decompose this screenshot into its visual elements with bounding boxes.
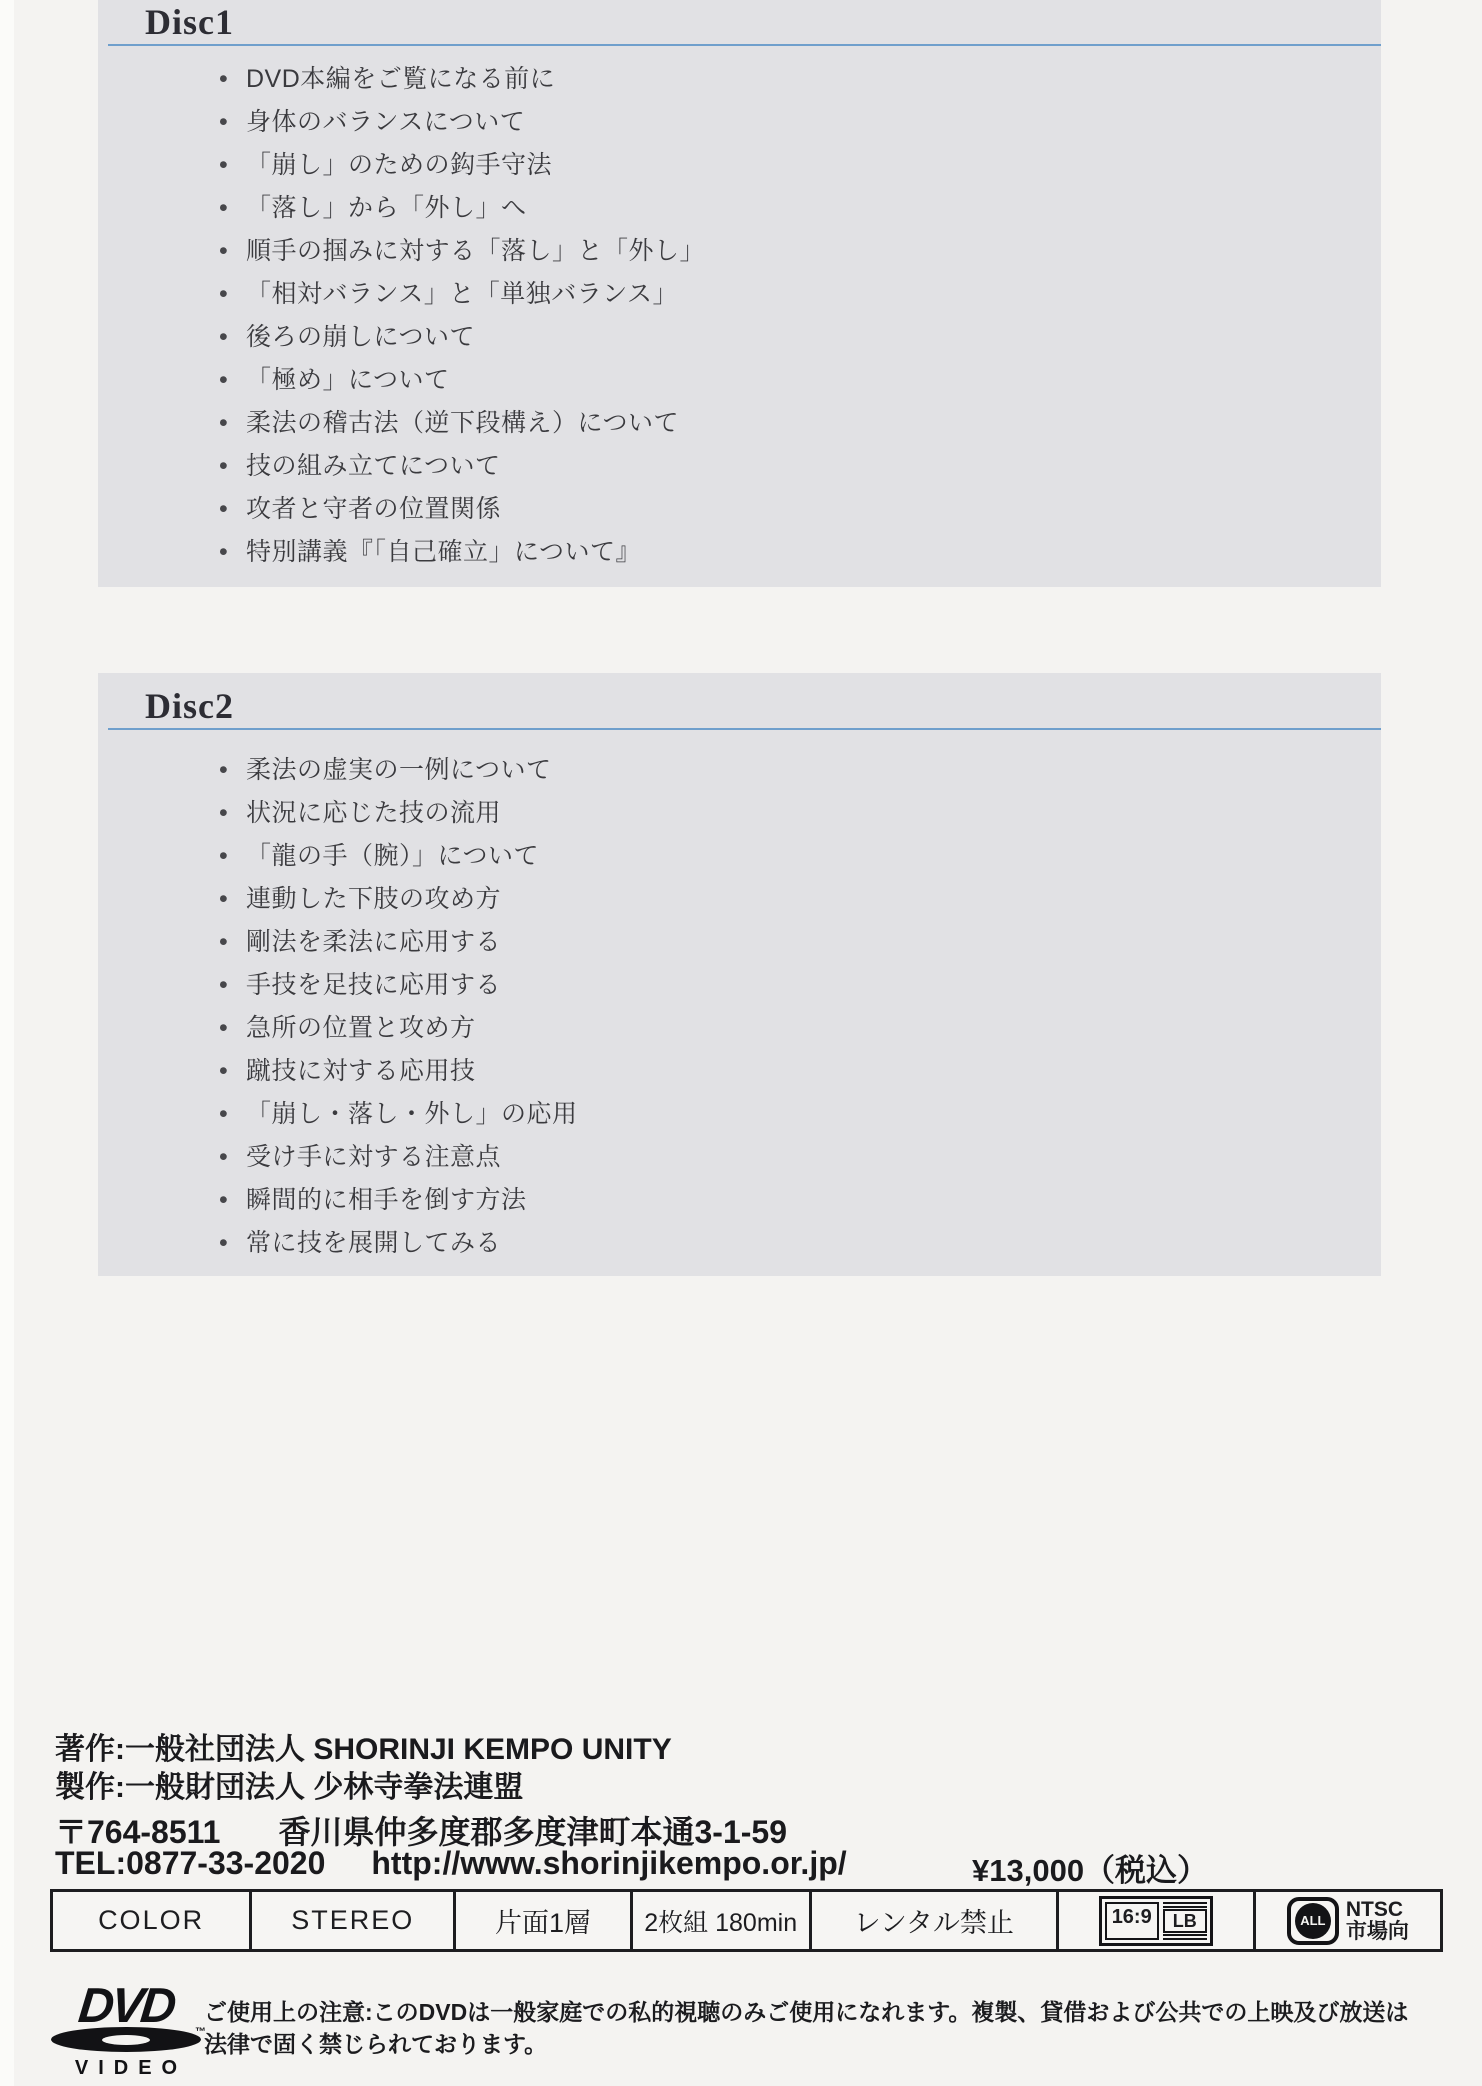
spec-runtime-cell: 2枚組 180min: [633, 1892, 812, 1949]
spec-region-cell: ALL NTSC 市場向: [1256, 1892, 1440, 1949]
letterbox-label: LB: [1163, 1909, 1207, 1933]
disc2-panel: Disc2 柔法の虚実の一例について 状況に応じた技の流用 「龍の手（腕）」につ…: [98, 673, 1381, 1276]
dvd-logo-video-word: VIDEO: [50, 2057, 212, 2080]
credit-producer-line: 製作:一般財団法人 少林寺拳法連盟: [55, 1762, 523, 1806]
track-list-item: 「相対バランス」と「単独バランス」: [246, 273, 1371, 316]
track-list-item: 柔法の稽古法（逆下段構え）について: [246, 402, 1371, 445]
track-list-item: 順手の掴みに対する「落し」と「外し」: [246, 230, 1371, 273]
spec-bar: COLOR STEREO 片面1層 2枚組 180min レンタル禁止 16:9…: [50, 1889, 1443, 1952]
track-list-item: 剛法を柔法に応用する: [246, 921, 1371, 964]
ntsc-market-label: NTSC 市場向: [1346, 1899, 1409, 1943]
scan-edge-strip: [0, 0, 14, 2086]
spec-disc-type-cell: 片面1層: [456, 1892, 632, 1949]
ntsc-line: NTSC: [1346, 1898, 1403, 1921]
phone-number: TEL:0877-33-2020: [55, 1845, 325, 1881]
aspect-ratio-label: 16:9: [1105, 1902, 1159, 1940]
tel-line: TEL:0877-33-2020http://www.shorinjikempo…: [55, 1845, 847, 1882]
spec-audio-cell: STEREO: [252, 1892, 456, 1949]
track-list-item: 「龍の手（腕）」について: [246, 835, 1371, 878]
disc2-title: Disc2: [98, 673, 1381, 726]
track-list-item: 受け手に対する注意点: [246, 1136, 1371, 1179]
disc2-track-list: 柔法の虚実の一例について 状況に応じた技の流用 「龍の手（腕）」について 連動し…: [98, 749, 1381, 1265]
track-list-item: 連動した下肢の攻め方: [246, 878, 1371, 921]
aspect-16-9-letterbox-icon: 16:9 LB: [1099, 1896, 1213, 1946]
track-list-item: 攻者と守者の位置関係: [246, 488, 1371, 531]
dvd-logo-word: DVD: [48, 1986, 204, 2026]
spec-aspect-cell: 16:9 LB: [1059, 1892, 1256, 1949]
track-list-item: 後ろの崩しについて: [246, 316, 1371, 359]
track-list-item: 瞬間的に相手を倒す方法: [246, 1179, 1371, 1222]
letterbox-bar-top: [1163, 1902, 1207, 1908]
disc1-panel: Disc1 DVD本編をご覧になる前に 身体のバランスについて 「崩し」のための…: [98, 0, 1381, 587]
track-list-item: 「崩し・落し・外し」の応用: [246, 1093, 1371, 1136]
disc1-title-divider: [108, 44, 1381, 46]
disc1-title: Disc1: [98, 0, 1381, 42]
price-label: ¥13,000（税込）: [972, 1845, 1208, 1890]
track-list-item: DVD本編をご覧になる前に: [246, 58, 1371, 101]
region-ntsc-group: ALL NTSC 市場向: [1287, 1897, 1409, 1945]
usage-note-line1: ご使用上の注意:このDVDは一般家庭での私的視聴のみご使用になれます。複製、貸借…: [204, 1996, 1482, 2028]
usage-note-line2: 法律で固く禁じられております。: [204, 2028, 1482, 2060]
dvd-video-logo-icon: DVD ™ VIDEO: [50, 1986, 202, 2080]
track-list-item: 技の組み立てについて: [246, 445, 1371, 488]
track-list-item: 常に技を展開してみる: [246, 1222, 1371, 1265]
track-list-item: 「崩し」のための鈎手守法: [246, 144, 1371, 187]
track-list-item: 柔法の虚実の一例について: [246, 749, 1371, 792]
track-list-item: 急所の位置と攻め方: [246, 1007, 1371, 1050]
dvd-disc-icon: [51, 2027, 201, 2052]
track-list-item: 状況に応じた技の流用: [246, 792, 1371, 835]
website-url: http://www.shorinjikempo.or.jp/: [371, 1845, 846, 1881]
region-code-label: ALL: [1295, 1903, 1331, 1939]
track-list-item: 身体のバランスについて: [246, 101, 1371, 144]
track-list-item: 「極め」について: [246, 359, 1371, 402]
track-list-item: 「落し」から「外し」へ: [246, 187, 1371, 230]
track-list-item: 蹴技に対する応用技: [246, 1050, 1371, 1093]
region-all-icon: ALL: [1287, 1897, 1339, 1945]
market-line: 市場向: [1346, 1920, 1409, 1943]
track-list-item: 特別講義『「自己確立」について』: [246, 531, 1371, 574]
letterbox-bar-bottom: [1163, 1934, 1207, 1940]
disc1-track-list: DVD本編をご覧になる前に 身体のバランスについて 「崩し」のための鈎手守法 「…: [98, 58, 1381, 574]
letterbox-indicator: LB: [1163, 1902, 1207, 1940]
track-list-item: 手技を足技に応用する: [246, 964, 1371, 1007]
spec-color-cell: COLOR: [53, 1892, 252, 1949]
disc2-title-divider: [108, 728, 1381, 730]
spec-rental-cell: レンタル禁止: [812, 1892, 1059, 1949]
usage-note: ご使用上の注意:このDVDは一般家庭での私的視聴のみご使用になれます。複製、貸借…: [204, 1996, 1482, 2060]
